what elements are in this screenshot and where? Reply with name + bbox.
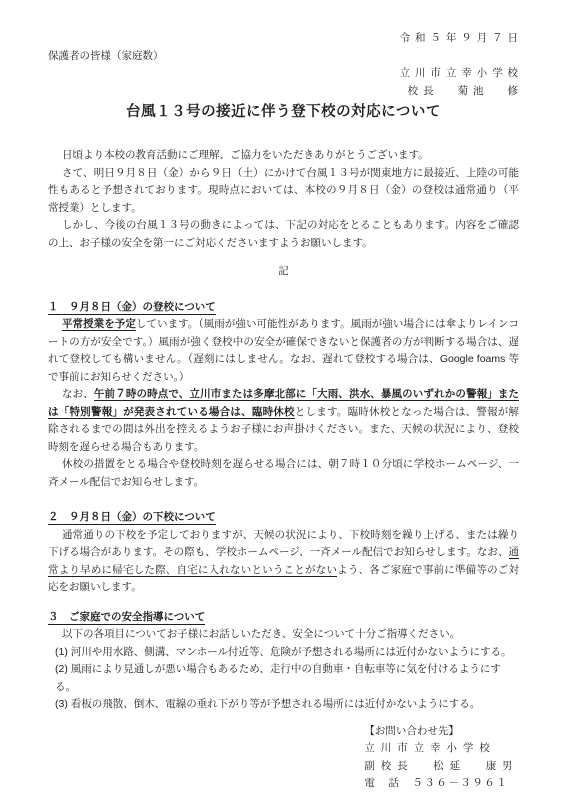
safety-item-3: (3) 看板の飛散、倒木、電線の垂れ下がり等が予想される場所には近付かないように… [48, 696, 519, 714]
section-3-heading: ３ ご家庭での安全指導について [48, 609, 519, 627]
document-page: 令 和 ５ 年 ９ 月 ７ 日 保護者の皆様（家庭数） 立 川 市 立 幸 小 … [0, 0, 566, 800]
document-title: 台風１３号の接近に伴う登下校の対応について [48, 102, 519, 122]
document-date: 令 和 ５ 年 ９ 月 ７ 日 [48, 30, 519, 48]
contact-vice-principal: 副 校 長 松 延 康 男 [364, 758, 514, 776]
emphasized-text: 平常授業を予定 [62, 318, 136, 331]
intro-paragraph-2: さて、明日９月８日（金）から９日（土）にかけて台風１３号が関東地方に最接近、上陸… [48, 165, 519, 218]
intro-paragraph-3: しかし、今後の台風１３号の動きによっては、下記の対応をとることもあります。内容を… [48, 217, 519, 252]
contact-school: 立 川 市 立 幸 小 学 校 [364, 740, 514, 758]
section-2-heading: ２ ９月８日（金）の下校について [48, 509, 519, 527]
safety-item-1: (1) 河川や用水路、側溝、マンホール付近等、危険が予想される場所には近付かない… [48, 644, 519, 662]
section-1-heading: １ ９月８日（金）の登校について [48, 299, 519, 317]
section-1-paragraph-2: なお、午前７時の時点で、立川市または多摩北部に「大雨、洪水、暴風のいずれかの警報… [48, 386, 519, 456]
intro-paragraph-1: 日頃より本校の教育活動にご理解、ご協力をいただきありがとうございます。 [48, 147, 519, 165]
contact-block: 【お問い合わせ先】 立 川 市 立 幸 小 学 校 副 校 長 松 延 康 男 … [364, 723, 514, 793]
notice-body-marker: 記 [48, 263, 519, 281]
safety-item-2: (2) 風雨により見通しが悪い場合もあるため、走行中の自動車・自転車等に気を付け… [48, 661, 519, 696]
addressee-line: 保護者の皆様（家庭数） [48, 48, 519, 66]
contact-phone: 電 話 ５３６－３９６１ [364, 775, 514, 793]
section-3-intro: 以下の各項目についてお子様にお話しいただき、安全について十分ご指導ください。 [48, 626, 519, 644]
section-1-paragraph-1: 平常授業を予定しています。（風雨が強い可能性があります。風雨が強い場合には傘より… [48, 316, 519, 386]
body-text: なお、 [62, 388, 94, 400]
section-1-heading-text: １ ９月８日（金）の登校について [48, 301, 216, 315]
section-2-paragraph-1: 通常通りの下校を予定しておりますが、天候の状況により、下校時刻を繰り上げる、また… [48, 527, 519, 597]
school-name: 立 川 市 立 幸 小 学 校 [48, 65, 519, 83]
body-text: 通常通りの下校を予定しておりますが、天候の状況により、下校時刻を繰り上げる、また… [48, 529, 519, 559]
contact-label: 【お問い合わせ先】 [364, 723, 514, 741]
section-2-heading-text: ２ ９月８日（金）の下校について [48, 511, 216, 525]
principal-name: 校 長 菊 池 修 [48, 83, 519, 101]
section-3-heading-text: ３ ご家庭での安全指導について [48, 611, 205, 625]
section-1-paragraph-3: 休校の措置をとる場合や登校時刻を遅らせる場合には、朝７時１０分頃に学校ホームペー… [48, 456, 519, 491]
